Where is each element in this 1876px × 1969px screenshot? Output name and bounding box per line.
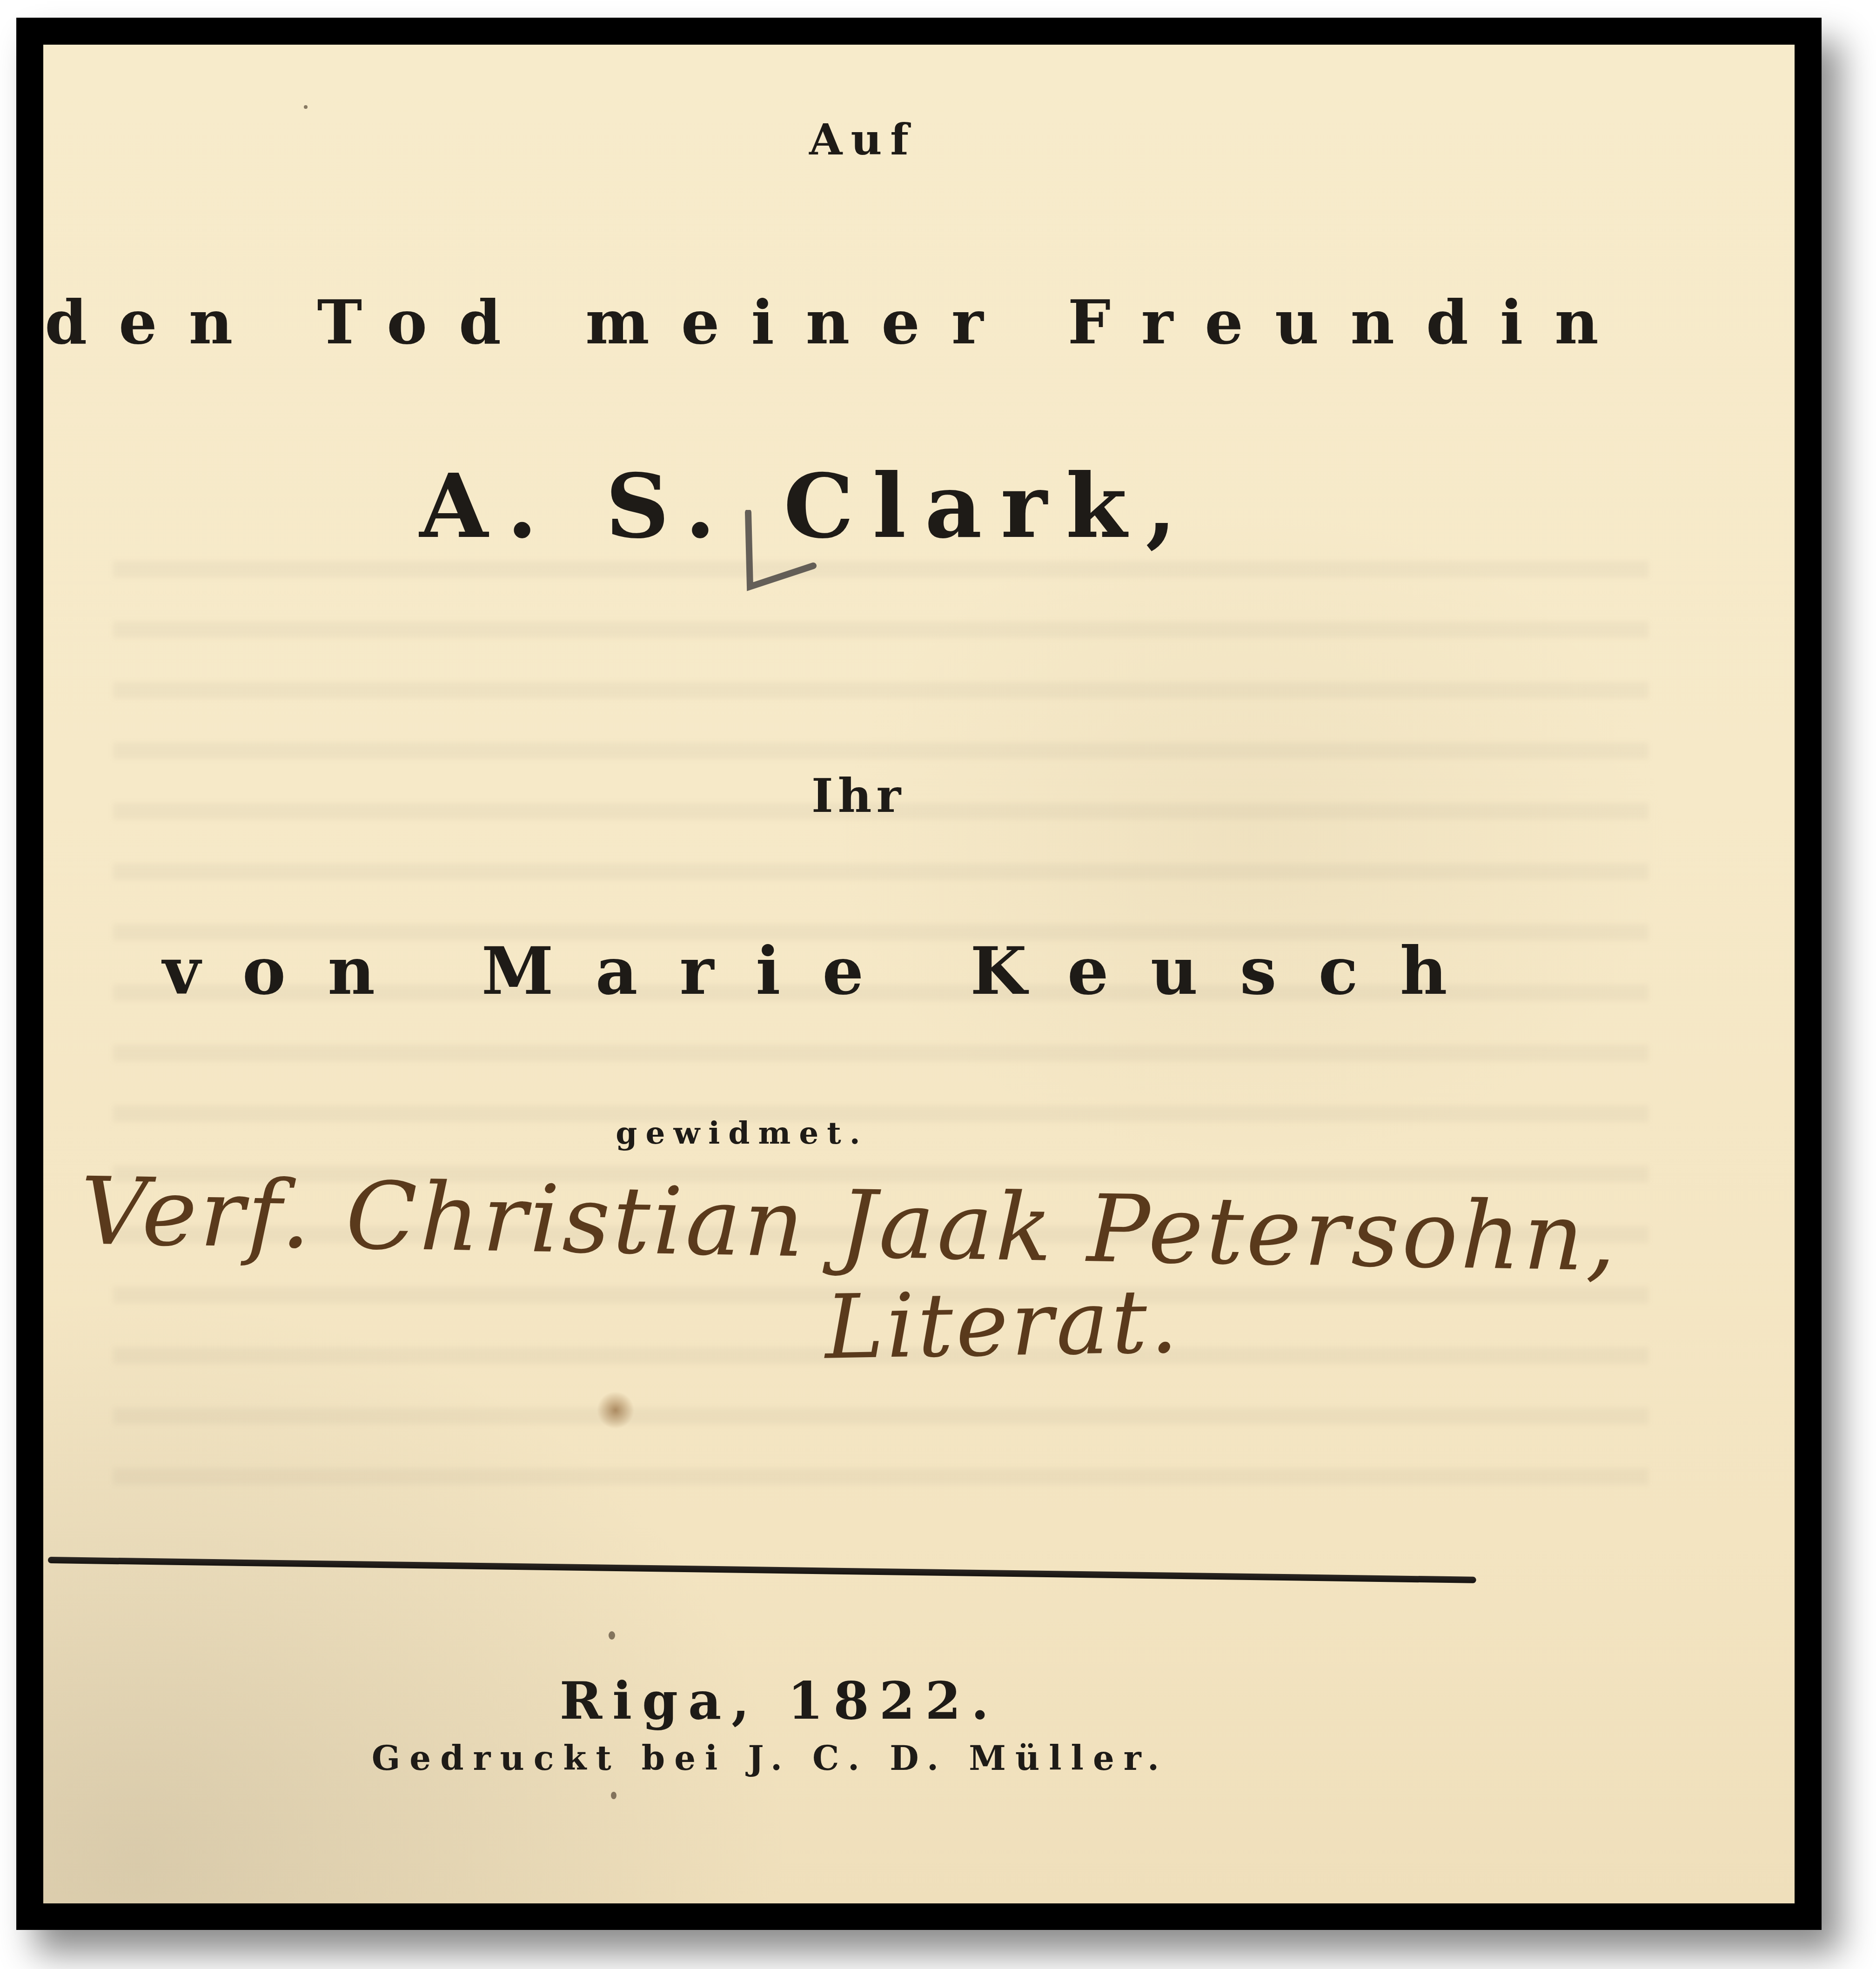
title-page: Auf den Tod meiner Freundin A. S. Clark,…	[43, 45, 1795, 1903]
handwritten-attribution: Verf. Christian Jaak Petersohn,	[80, 1157, 1620, 1293]
handwritten-occupation: Literat.	[824, 1270, 1181, 1379]
imprint-printer: Gedruckt bei J. C. D. Müller.	[43, 1738, 1646, 1778]
title-line-den-tod: den Tod meiner Freundin	[43, 287, 1713, 358]
title-line-gewidmet: gewidmet.	[43, 1115, 1618, 1151]
title-line-ihr: Ihr	[43, 768, 1734, 823]
picture-frame: Auf den Tod meiner Freundin A. S. Clark,…	[16, 18, 1822, 1930]
foxing-spot	[609, 1631, 615, 1640]
title-line-author: von Marie Keusch	[43, 933, 1702, 1010]
horizontal-rule	[48, 1557, 1476, 1583]
imprint-place-year: Riga, 1822.	[43, 1671, 1655, 1731]
foxing-spot	[611, 1792, 616, 1799]
foxing-spot	[304, 105, 308, 109]
pencil-insertion-mark-icon	[744, 510, 818, 594]
title-line-name: A. S. Clark,	[43, 454, 1683, 558]
title-line-auf: Auf	[43, 114, 1739, 165]
